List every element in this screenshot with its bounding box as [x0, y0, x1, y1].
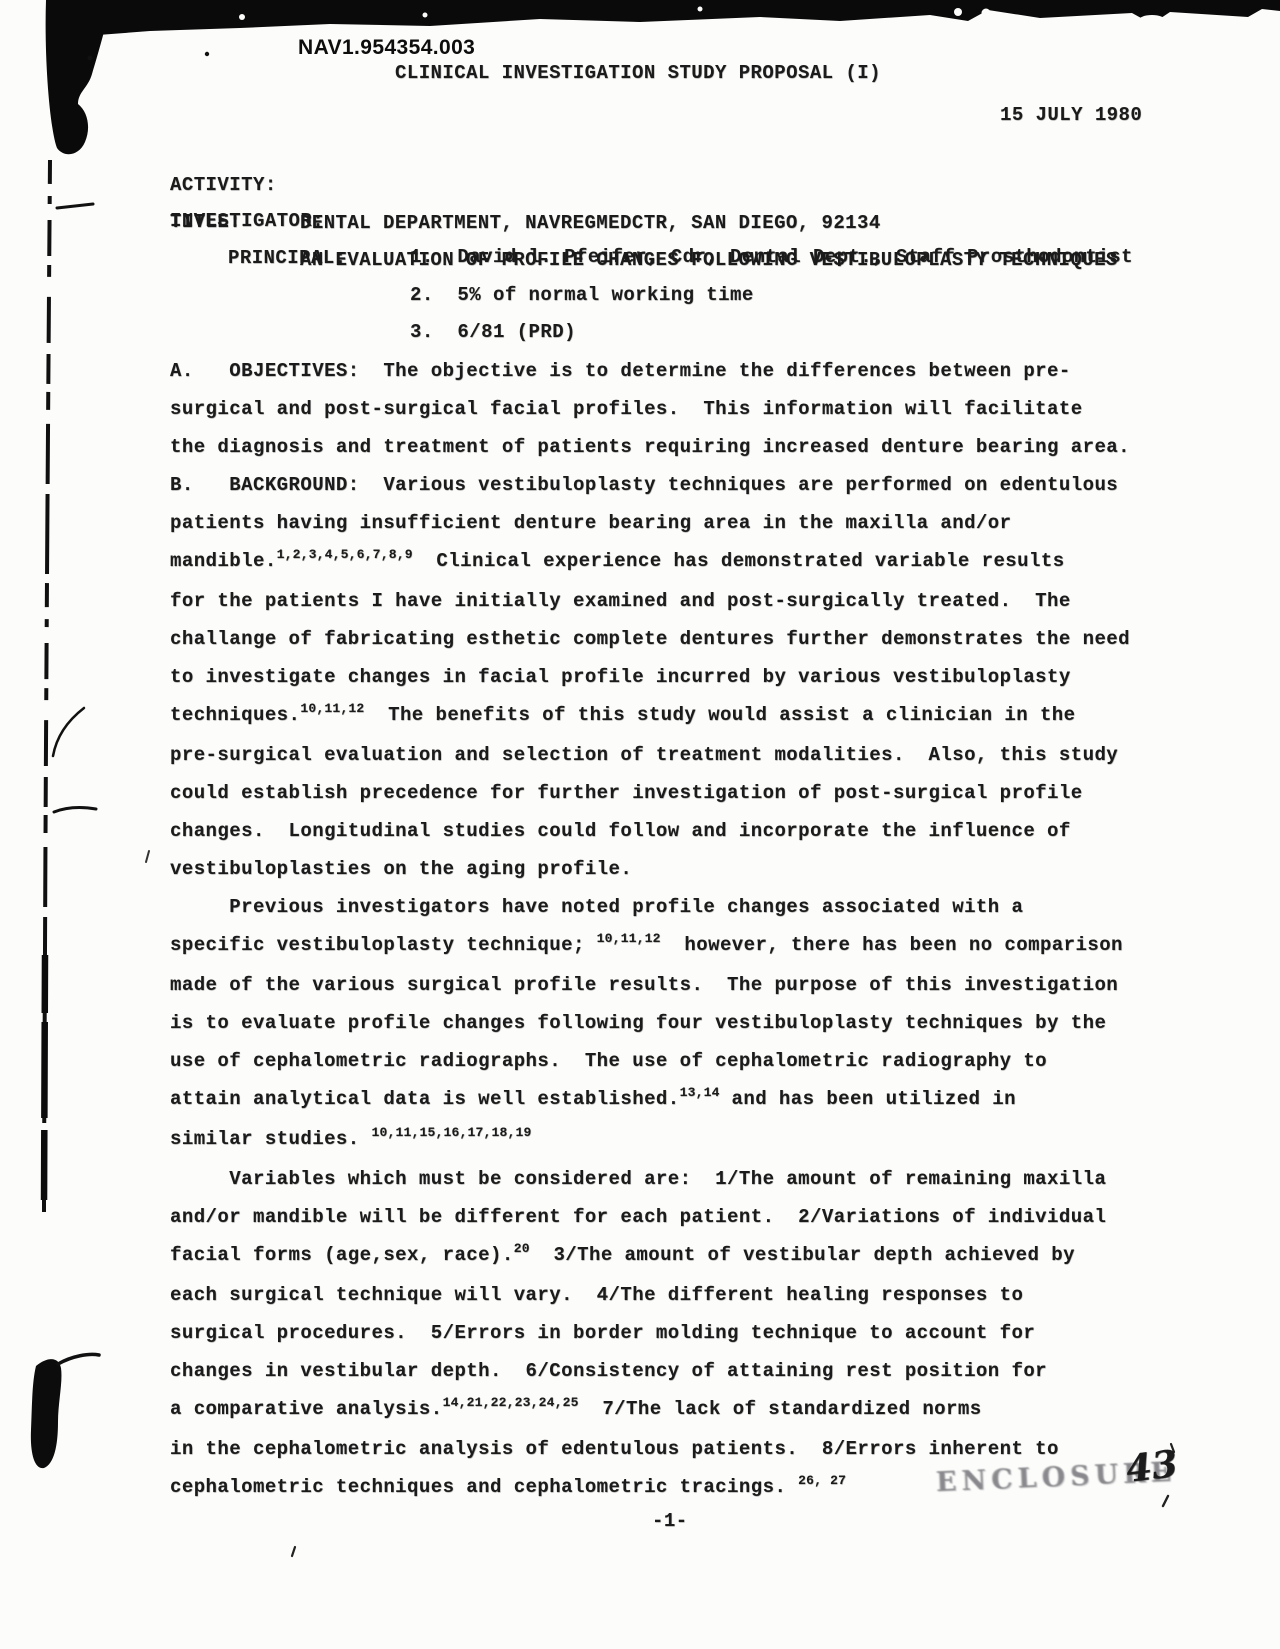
body-line: vestibuloplasties on the aging profile.	[170, 850, 1185, 888]
scan-paren-mark	[53, 708, 84, 756]
principal-item: 3. 6/81 (PRD)	[410, 314, 1133, 352]
body-line: mandible.1,2,3,4,5,6,7,8,9 Clinical expe…	[170, 542, 1185, 582]
bottom-left-scan-blob	[31, 1359, 62, 1468]
reference-superscript: 10,11,12	[300, 701, 364, 716]
reference-superscript: 10,11,12	[597, 931, 661, 946]
reference-superscript: 13,14	[680, 1085, 720, 1100]
investigator-label: INVESTIGATOR:	[170, 202, 324, 240]
body-line: use of cephalometric radiographs. The us…	[170, 1042, 1185, 1080]
activity-value: DENTAL DEPARTMENT, NAVREGMEDCTR, SAN DIE…	[300, 204, 881, 242]
body-line: is to evaluate profile changes following…	[170, 1004, 1185, 1042]
body-line: Previous investigators have noted profil…	[170, 888, 1185, 926]
body-line: Variables which must be considered are: …	[170, 1160, 1185, 1198]
scanned-document-page: NAV1.954354.003 CLINICAL INVESTIGATION S…	[0, 0, 1280, 1649]
activity-row: ACTIVITY: DENTAL DEPARTMENT, NAVREGMEDCT…	[170, 128, 1180, 166]
body-line: for the patients I have initially examin…	[170, 582, 1185, 620]
scan-speck	[205, 52, 209, 56]
body-line: the diagnosis and treatment of patients …	[170, 428, 1185, 466]
body-line: changes. Longitudinal studies could foll…	[170, 812, 1185, 850]
scan-tick-mark	[146, 851, 149, 862]
page-number: -1-	[652, 1502, 688, 1540]
principal-items: 1. David l. Pfeifer, Cdr, Dental Dept., …	[410, 239, 1133, 352]
body-line: A. OBJECTIVES: The objective is to deter…	[170, 352, 1185, 390]
body-line: could establish precedence for further i…	[170, 774, 1185, 812]
left-edge-scan-line	[44, 160, 50, 1212]
body-line: specific vestibuloplasty technique; 10,1…	[170, 926, 1185, 966]
body-line: each surgical technique will vary. 4/The…	[170, 1276, 1185, 1314]
body-line: attain analytical data is well establish…	[170, 1080, 1185, 1120]
body-line: B. BACKGROUND: Various vestibuloplasty t…	[170, 466, 1185, 504]
scan-dash-mark	[54, 808, 96, 812]
body-line: challange of fabricating esthetic comple…	[170, 620, 1185, 658]
scan-dash-mark	[57, 204, 93, 208]
principal-label: PRINCIPAL:	[228, 239, 347, 277]
body-line: changes in vestibular depth. 6/Consisten…	[170, 1352, 1185, 1390]
body-line: techniques.10,11,12 The benefits of this…	[170, 696, 1185, 736]
body-text: A. OBJECTIVES: The objective is to deter…	[170, 352, 1185, 1508]
body-line: to investigate changes in facial profile…	[170, 658, 1185, 696]
body-line: surgical procedures. 5/Errors in border …	[170, 1314, 1185, 1352]
reference-superscript: 1,2,3,4,5,6,7,8,9	[277, 547, 413, 562]
body-line: a comparative analysis.14,21,22,23,24,25…	[170, 1390, 1185, 1430]
body-line: facial forms (age,sex, race).20 3/The am…	[170, 1236, 1185, 1276]
top-edge-scan-band	[52, 0, 1280, 35]
enclosure-number-handwritten: 43	[1124, 1441, 1180, 1491]
title-row: TITLE: AN EVALUATION OF PROFILE CHANGES …	[170, 165, 1180, 203]
principal-item: 2. 5% of normal working time	[410, 277, 1133, 315]
reference-superscript: 10,11,15,16,17,18,19	[371, 1125, 531, 1140]
principal-item: 1. David l. Pfeifer, Cdr, Dental Dept., …	[410, 239, 1133, 277]
body-line: pre-surgical evaluation and selection of…	[170, 736, 1185, 774]
reference-superscript: 14,21,22,23,24,25	[443, 1395, 579, 1410]
body-line: made of the various surgical profile res…	[170, 966, 1185, 1004]
document-title: CLINICAL INVESTIGATION STUDY PROPOSAL (I…	[395, 54, 881, 92]
body-line: similar studies. 10,11,15,16,17,18,19	[170, 1120, 1185, 1160]
body-line: and/or mandible will be different for ea…	[170, 1198, 1185, 1236]
reference-superscript: 20	[514, 1241, 530, 1256]
scan-tick-mark	[292, 1547, 295, 1556]
reference-superscript: 26, 27	[798, 1473, 846, 1488]
body-line: surgical and post-surgical facial profil…	[170, 390, 1185, 428]
body-line: patients having insufficient denture bea…	[170, 504, 1185, 542]
top-left-scan-blob	[46, 0, 112, 154]
scan-speck	[88, 56, 93, 61]
